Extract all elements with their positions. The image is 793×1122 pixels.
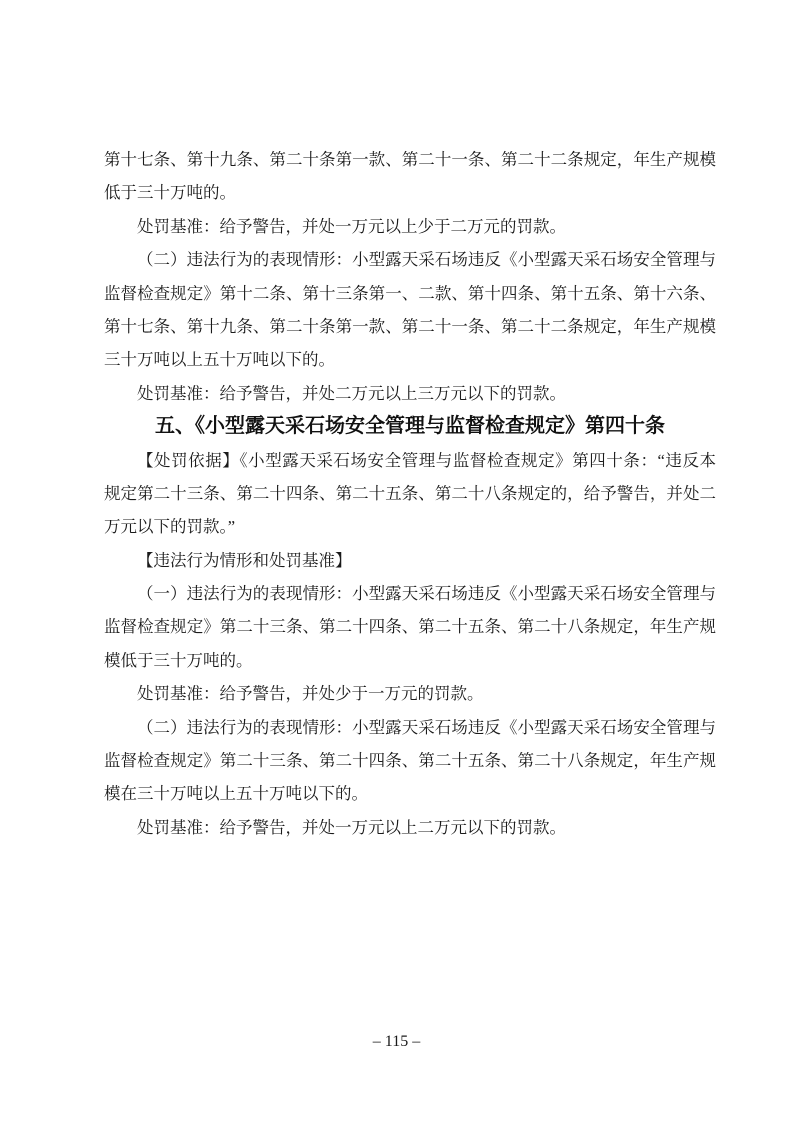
penalty-basis-line: 处罚基准：给予警告，并处二万元以上三万元以下的罚款。 [104, 377, 716, 410]
body-line: 低于三十万吨的。 [104, 176, 716, 209]
page-text-block: 第十七条、第十九条、第二十条第一款、第二十一条、第二十二条规定，年生产规模 低于… [104, 143, 716, 844]
page-number: – 115 – [0, 1025, 793, 1059]
legal-basis-line: 万元以下的罚款。” [104, 510, 716, 543]
body-line: 第十七条、第十九条、第二十条第一款、第二十一条、第二十二条规定，年生产规模 [104, 143, 716, 176]
body-line: 监督检查规定》第二十三条、第二十四条、第二十五条、第二十八条规定，年生产规 [104, 744, 716, 777]
body-line: 监督检查规定》第十二条、第十三条第一、二款、第十四条、第十五条、第十六条、 [104, 277, 716, 310]
body-line: （二）违法行为的表现情形：小型露天采石场违反《小型露天采石场安全管理与 [104, 711, 716, 744]
legal-basis-line: 规定第二十三条、第二十四条、第二十五条、第二十八条规定的，给予警告，并处二 [104, 477, 716, 510]
document-page: 第十七条、第十九条、第二十条第一款、第二十一条、第二十二条规定，年生产规模 低于… [0, 0, 793, 1122]
section-heading: 五、《小型露天采石场安全管理与监督检查规定》第四十条 [104, 410, 716, 443]
body-line: 第十七条、第十九条、第二十条第一款、第二十一条、第二十二条规定，年生产规模 [104, 310, 716, 343]
legal-basis-line: 【处罚依据】《小型露天采石场安全管理与监督检查规定》第四十条：“违反本 [104, 444, 716, 477]
body-line: 模在三十万吨以上五十万吨以下的。 [104, 777, 716, 810]
body-line: （一）违法行为的表现情形：小型露天采石场违反《小型露天采石场安全管理与 [104, 577, 716, 610]
body-line: 监督检查规定》第二十三条、第二十四条、第二十五条、第二十八条规定，年生产规 [104, 610, 716, 643]
section-label-line: 【违法行为情形和处罚基准】 [104, 544, 716, 577]
penalty-basis-line: 处罚基准：给予警告，并处一万元以上少于二万元的罚款。 [104, 210, 716, 243]
penalty-basis-line: 处罚基准：给予警告，并处一万元以上二万元以下的罚款。 [104, 811, 716, 844]
penalty-basis-line: 处罚基准：给予警告，并处少于一万元的罚款。 [104, 677, 716, 710]
body-line: 三十万吨以上五十万吨以下的。 [104, 343, 716, 376]
body-line: 模低于三十万吨的。 [104, 644, 716, 677]
body-line: （二）违法行为的表现情形：小型露天采石场违反《小型露天采石场安全管理与 [104, 243, 716, 276]
